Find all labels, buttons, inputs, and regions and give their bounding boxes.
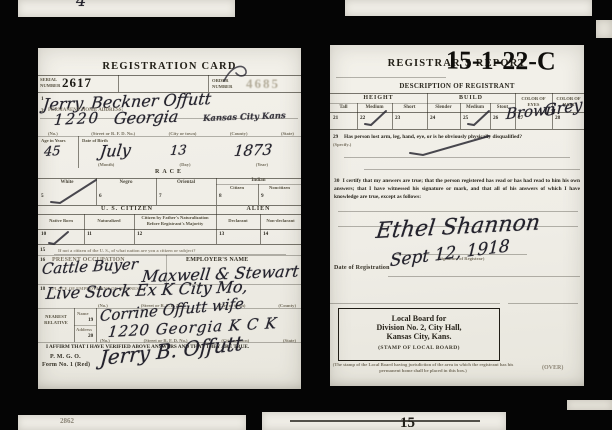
us-citizen-header: U. S. CITIZEN (38, 206, 216, 212)
build-col-slender: Slender (427, 105, 460, 111)
description-header: DESCRIPTION OF REGISTRANT (330, 82, 584, 90)
relative-address-number: 20 (88, 333, 93, 339)
alien-header: ALIEN (216, 206, 301, 212)
board-code-stamp: 15-1-22-C (446, 46, 556, 77)
checkmark-icon (363, 109, 389, 127)
race-col-indian-citizen: Citizen (216, 185, 258, 191)
rule (508, 303, 578, 304)
rule (336, 77, 446, 78)
build-num-26: 26 (493, 115, 498, 121)
dob-sublabel: (Year) (256, 162, 268, 167)
row18-number: 18 (40, 286, 45, 292)
age-value-handwritten: 45 (43, 144, 61, 160)
rule (74, 325, 96, 326)
checkmark-icon (48, 177, 100, 205)
citizen-num-10: 10 (41, 231, 46, 237)
partial-sliver-right-bottom (567, 400, 612, 410)
divider (78, 136, 79, 168)
serial-number-label: SERIAL NUMBER (40, 77, 64, 88)
partial-card-bottom-left: 2862 (18, 415, 246, 430)
partial-sliver-right-top (596, 20, 612, 38)
alien-col-nondeclarant: Non-declarant (260, 218, 301, 224)
race-col-oriental: Oriental (156, 180, 216, 186)
checkmark-icon (47, 230, 71, 246)
pmgo-label: P. M. G. O. (50, 354, 81, 360)
registrar-signature-handwritten: Ethel Shannon (374, 210, 541, 244)
height-col-tall: Tall (330, 105, 357, 111)
race-indian-label: Indian (216, 178, 301, 184)
height-col-short: Short (392, 105, 427, 111)
relative-name-label: Name (77, 311, 88, 317)
board-stamp-caption: (STAMP OF LOCAL BOARD) (339, 345, 499, 351)
race-num-7: 7 (159, 193, 162, 199)
age-label: Age in Years (41, 138, 71, 144)
dob-month-handwritten: July (99, 140, 132, 161)
race-num-5: 5 (41, 193, 44, 199)
dob-day-handwritten: 13 (169, 143, 187, 159)
relative-address-label: Address (76, 327, 92, 333)
race-col-negro: Negro (96, 180, 156, 186)
alien-num-13: 13 (219, 231, 224, 237)
checkmark-icon (408, 133, 492, 157)
build-header: BUILD (427, 95, 515, 101)
citizen-num-12: 12 (137, 231, 142, 237)
race-header: RACE (38, 169, 301, 175)
rule (338, 211, 578, 212)
over-label: (OVER) (542, 365, 563, 371)
rule (330, 129, 584, 130)
alien-num-14: 14 (263, 231, 268, 237)
rule (364, 169, 580, 170)
q29-number: 29 (333, 134, 338, 140)
race-num-8: 8 (219, 193, 222, 199)
dob-sublabel: (Month) (98, 162, 114, 167)
rule (290, 420, 480, 422)
dob-sublabel: (Day) (180, 162, 191, 167)
citizen-col-naturalized: Naturalized (84, 218, 134, 224)
rule (38, 244, 301, 245)
citizen-num-11: 11 (87, 231, 92, 237)
citizen-col-father: Citizen by Father's Naturalization Befor… (136, 215, 214, 226)
divider (118, 75, 119, 92)
board-stamp-line: Division No. 2, City Hall, (339, 323, 499, 332)
q30-text: I certify that my answers are true; that… (334, 178, 580, 200)
certification-paragraph: 30 I certify that my answers are true; t… (334, 177, 580, 201)
partial-card-top-left: 4 (18, 0, 235, 17)
partial-serial-number: 2862 (60, 417, 74, 425)
dob-year-handwritten: 1873 (233, 141, 273, 160)
local-board-stamp-box: Local Board for Division No. 2, City Hal… (338, 308, 500, 361)
height-num-21: 21 (333, 115, 338, 121)
rule (344, 157, 570, 158)
partial-handwriting-mark: 4 (76, 0, 86, 10)
employer-label: EMPLOYER'S NAME (186, 257, 249, 263)
rule (388, 276, 580, 277)
divider (216, 206, 217, 244)
row2-number: 2 (41, 108, 44, 114)
q29-specify-label: (Specify.) (333, 142, 351, 148)
divider (134, 214, 135, 244)
occupation-handwritten: Cattle Buyer (41, 255, 139, 278)
address-city-handwritten: Kansas City Kans (203, 111, 286, 124)
microfilm-scan-background: 4 REGISTRATION CARD SERIAL NUMBER 2617 O… (0, 0, 612, 430)
registration-card-title: REGISTRATION CARD (38, 61, 301, 72)
rule (330, 303, 500, 304)
divider (96, 308, 97, 342)
build-num-24: 24 (430, 115, 435, 121)
address-street-handwritten: Georgia (113, 107, 180, 128)
checkmark-icon (466, 109, 492, 127)
rule (38, 255, 301, 256)
rule (38, 229, 301, 230)
alien-col-declarant: Declarant (216, 218, 260, 224)
address-number-handwritten: 1220 (53, 109, 101, 130)
partial-card-top-right (345, 0, 592, 16)
partial-stamp-fragment: 15 (400, 415, 415, 430)
registration-date-label: Date of Registration (334, 265, 390, 271)
q30-number: 30 (334, 178, 339, 184)
row15-number: 15 (40, 247, 45, 253)
registrars-report-card: REGISTRAR'S REPORT 15-1-22-C DESCRIPTION… (330, 45, 584, 386)
registration-card: REGISTRATION CARD SERIAL NUMBER 2617 ORD… (38, 48, 301, 389)
rule (330, 93, 584, 94)
pen-flourish-icon (222, 63, 256, 83)
serial-number-value: 2617 (62, 75, 92, 91)
citizen-col-native: Native Born (38, 218, 84, 224)
race-col-indian-noncitizen: Noncitizen (258, 185, 301, 191)
board-stamp-line: Local Board for (339, 314, 499, 323)
row15-question: If not a citizen of the U. S., of what n… (58, 248, 288, 254)
partial-card-bottom-right: 15 (262, 412, 506, 430)
height-num-23: 23 (395, 115, 400, 121)
form-number-label: Form No. 1 (Red) (42, 362, 90, 368)
race-num-9: 9 (261, 193, 264, 199)
dob-sublabels: (Month) (Day) (Year) (98, 162, 268, 167)
height-header: HEIGHT (330, 95, 427, 101)
nearest-relative-label: NEAREST RELATIVE (39, 314, 73, 325)
board-stamp-line: Kansas City, Kans. (339, 332, 499, 341)
relative-name-number: 19 (88, 317, 93, 323)
board-stamp-note: (The stamp of the Local Board having jur… (332, 362, 514, 373)
